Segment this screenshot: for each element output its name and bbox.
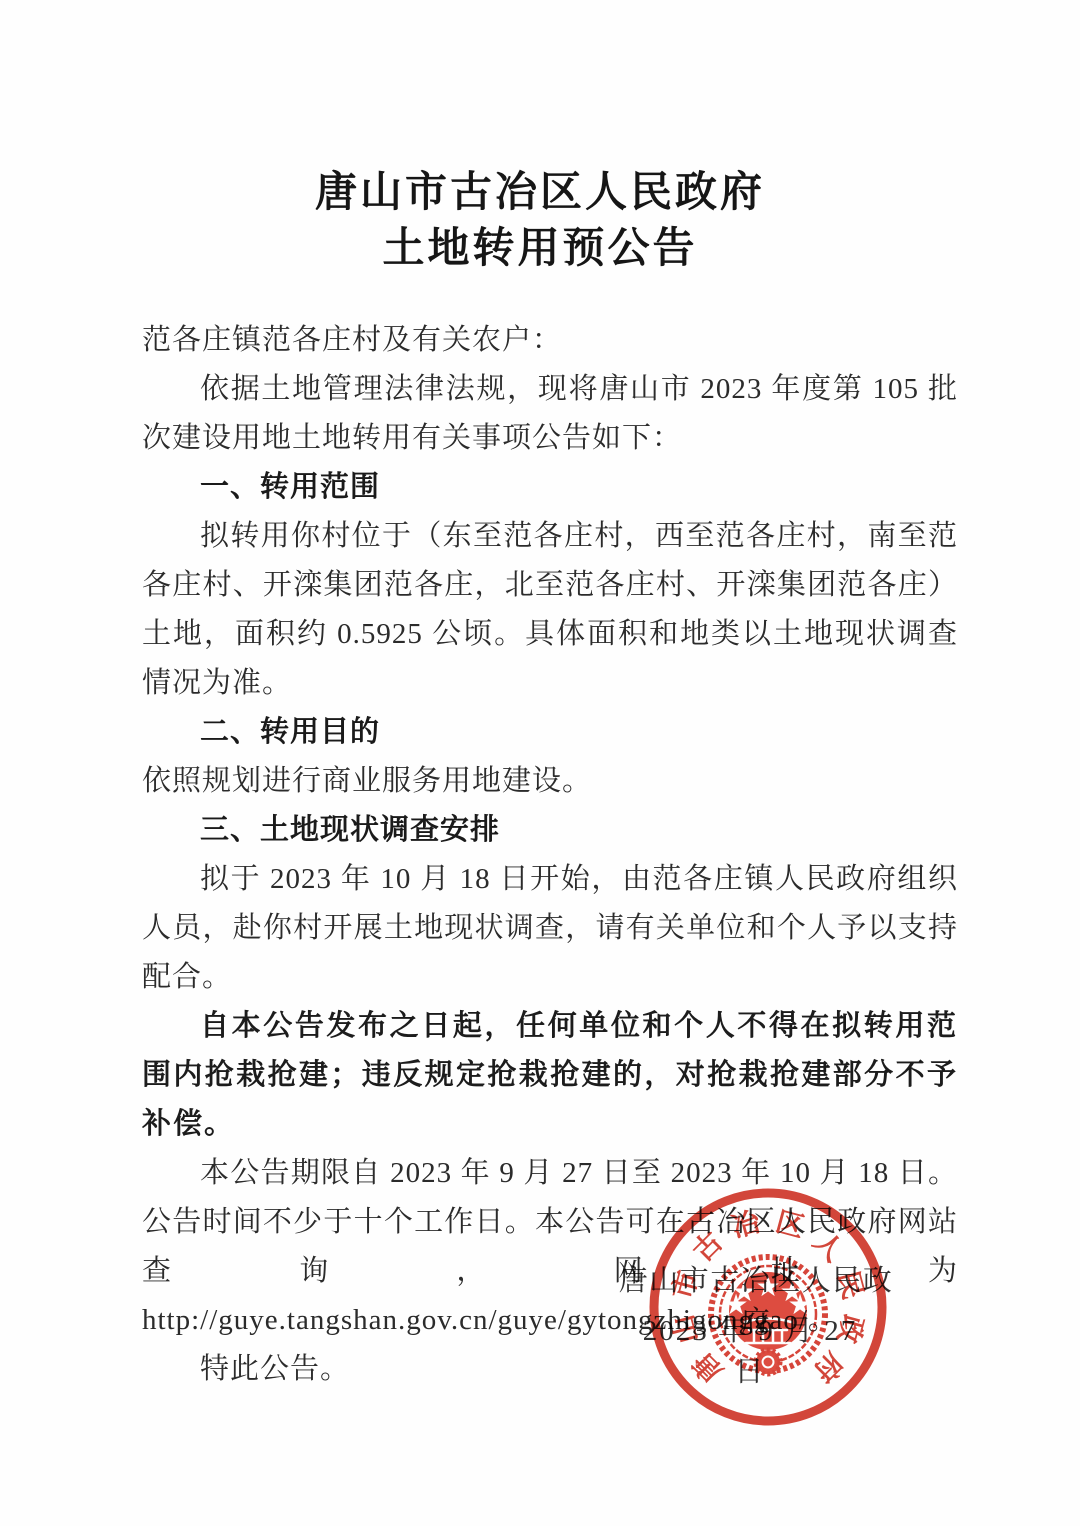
- paragraph: 拟于 2023 年 10 月 18 日开始，由范各庄镇人民政府组织人员，赴你村开…: [142, 855, 958, 1002]
- paragraph: 拟转用你村位于（东至范各庄村，西至范各庄村，南至范各庄村、开滦集团范各庄，北至范…: [142, 512, 958, 708]
- paragraph: 依照规划进行商业服务用地建设。: [142, 757, 958, 806]
- document-title: 唐山市古冶区人民政府 土地转用预公告: [0, 0, 1080, 276]
- signature-date: 2023 年 9 月 27 日: [628, 1308, 872, 1390]
- announcement-document: 唐山市古冶区人民政府 土地转用预公告 范各庄镇范各庄村及有关农户：依据土地管理法…: [0, 0, 1080, 1526]
- document-title-line2: 土地转用预公告: [382, 224, 697, 271]
- paragraph: 自本公告发布之日起，任何单位和个人不得在拟转用范围内抢栽抢建；违反规定抢栽抢建的…: [142, 1002, 958, 1149]
- section-heading: 一、转用范围: [142, 463, 958, 512]
- paragraph: 范各庄镇范各庄村及有关农户：: [142, 316, 958, 365]
- document-title-line1: 唐山市古冶区人民政府: [315, 168, 765, 215]
- seal-arc-char: 区: [773, 1206, 808, 1243]
- seal-arc-char: 冶: [728, 1206, 764, 1243]
- section-heading: 二、转用目的: [142, 708, 958, 757]
- section-heading: 三、土地现状调查安排: [142, 806, 958, 855]
- paragraph: 依据土地管理法律法规，现将唐山市 2023 年度第 105 批次建设用地土地转用…: [142, 365, 958, 463]
